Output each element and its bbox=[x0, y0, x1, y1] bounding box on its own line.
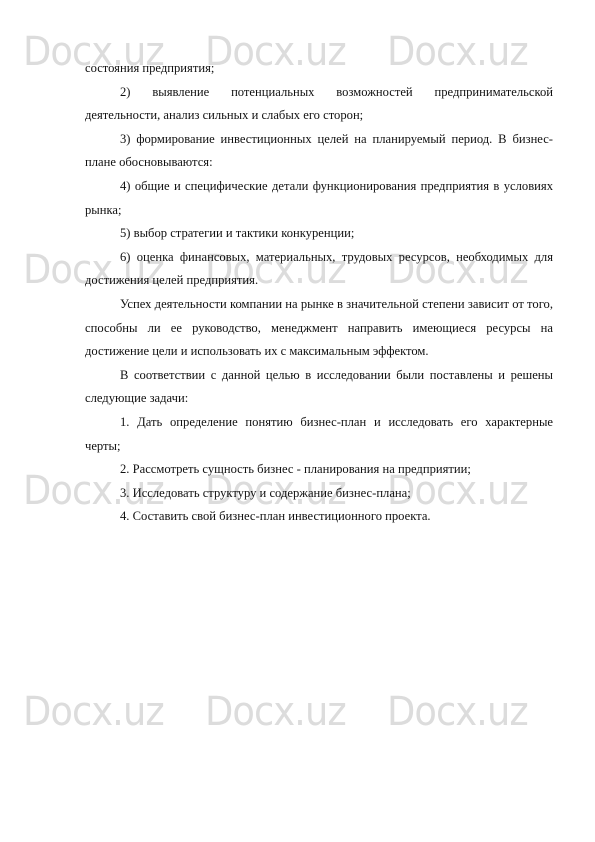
task-item-3: 3. Исследовать структуру и содержание би… bbox=[85, 482, 553, 506]
watermark: Docx.uz bbox=[387, 692, 528, 732]
paragraph-continuation: состояния предприятия; bbox=[85, 57, 553, 81]
paragraph-success: Успех деятельности компании на рынке в з… bbox=[85, 293, 553, 364]
list-item-3: 3) формирование инвестиционных целей на … bbox=[85, 128, 553, 175]
list-item-5: 5) выбор стратегии и тактики конкуренции… bbox=[85, 222, 553, 246]
list-item-6: 6) оценка финансовых, материальных, труд… bbox=[85, 246, 553, 293]
document-page: состояния предприятия; 2) выявление поте… bbox=[85, 57, 553, 529]
task-item-4: 4. Составить свой бизнес-план инвестицио… bbox=[85, 505, 553, 529]
paragraph-tasks-intro: В соответствии с данной целью в исследов… bbox=[85, 364, 553, 411]
watermark: Docx.uz bbox=[23, 692, 164, 732]
task-item-1: 1. Дать определение понятию бизнес-план … bbox=[85, 411, 553, 458]
watermark: Docx.uz bbox=[205, 692, 346, 732]
list-item-2: 2) выявление потенциальных возможностей … bbox=[85, 81, 553, 128]
task-item-2: 2. Рассмотреть сущность бизнес - планиро… bbox=[85, 458, 553, 482]
list-item-4: 4) общие и специфические детали функцион… bbox=[85, 175, 553, 222]
